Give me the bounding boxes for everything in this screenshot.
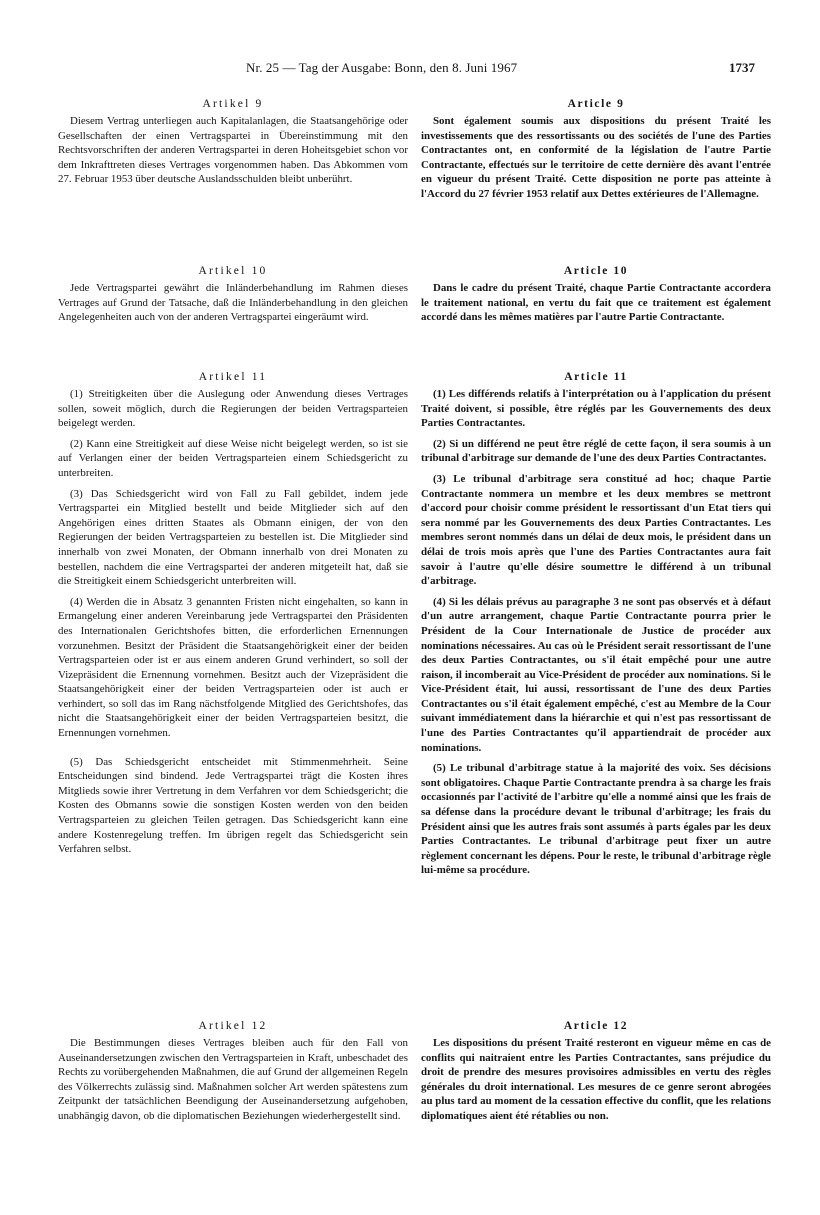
article-9: Article 9 Sont également soumis aux disp…: [421, 98, 771, 208]
paragraph: Les dispositions du présent Traité reste…: [421, 1036, 771, 1124]
paragraph: (1) Streitigkeiten über die Auslegung od…: [58, 387, 408, 431]
paragraph: (5) Le tribunal d'arbitrage statue à la …: [421, 761, 771, 878]
paragraph: (4) Si les délais prévus au paragraphe 3…: [421, 595, 771, 756]
article-heading: Artikel 12: [58, 1020, 408, 1032]
artikel-9: Artikel 9 Diesem Vertrag unterliegen auc…: [58, 98, 408, 193]
paragraph: (1) Les différends relatifs à l'interpré…: [421, 387, 771, 431]
page-header: Nr. 25 — Tag der Ausgabe: Bonn, den 8. J…: [0, 60, 820, 80]
article-heading: Article 10: [421, 265, 771, 277]
paragraph: (4) Werden die in Absatz 3 genannten Fri…: [58, 595, 408, 741]
article-heading: Article 11: [421, 371, 771, 383]
article-heading: Artikel 11: [58, 371, 408, 383]
article-heading: Article 9: [421, 98, 771, 110]
paragraph: (5) Das Schiedsgericht entscheidet mit S…: [58, 755, 408, 857]
article-12: Article 12 Les dispositions du présent T…: [421, 1020, 771, 1130]
article-heading: Article 12: [421, 1020, 771, 1032]
artikel-10: Artikel 10 Jede Vertragspartei gewährt d…: [58, 265, 408, 331]
artikel-11: Artikel 11 (1) Streitigkeiten über die A…: [58, 371, 408, 863]
paragraph: Sont également soumis aux dispositions d…: [421, 114, 771, 202]
article-heading: Artikel 9: [58, 98, 408, 110]
article-10: Article 10 Dans le cadre du présent Trai…: [421, 265, 771, 331]
paragraph: Jede Vertragspartei gewährt die Inländer…: [58, 281, 408, 325]
page-number: 1737: [729, 60, 755, 76]
article-heading: Artikel 10: [58, 265, 408, 277]
paragraph: (2) Si un différend ne peut être réglé d…: [421, 437, 771, 466]
paragraph: (3) Das Schiedsgericht wird von Fall zu …: [58, 487, 408, 589]
issue-title: Nr. 25 — Tag der Ausgabe: Bonn, den 8. J…: [246, 60, 517, 76]
paragraph: (3) Le tribunal d'arbitrage sera constit…: [421, 472, 771, 589]
article-11: Article 11 (1) Les différends relatifs à…: [421, 371, 771, 884]
paragraph: (2) Kann eine Streitigkeit auf diese Wei…: [58, 437, 408, 481]
paragraph: Die Bestimmungen dieses Vertrages bleibe…: [58, 1036, 408, 1124]
paragraph: Diesem Vertrag unterliegen auch Kapitala…: [58, 114, 408, 187]
artikel-12: Artikel 12 Die Bestimmungen dieses Vertr…: [58, 1020, 408, 1130]
paragraph: Dans le cadre du présent Traité, chaque …: [421, 281, 771, 325]
